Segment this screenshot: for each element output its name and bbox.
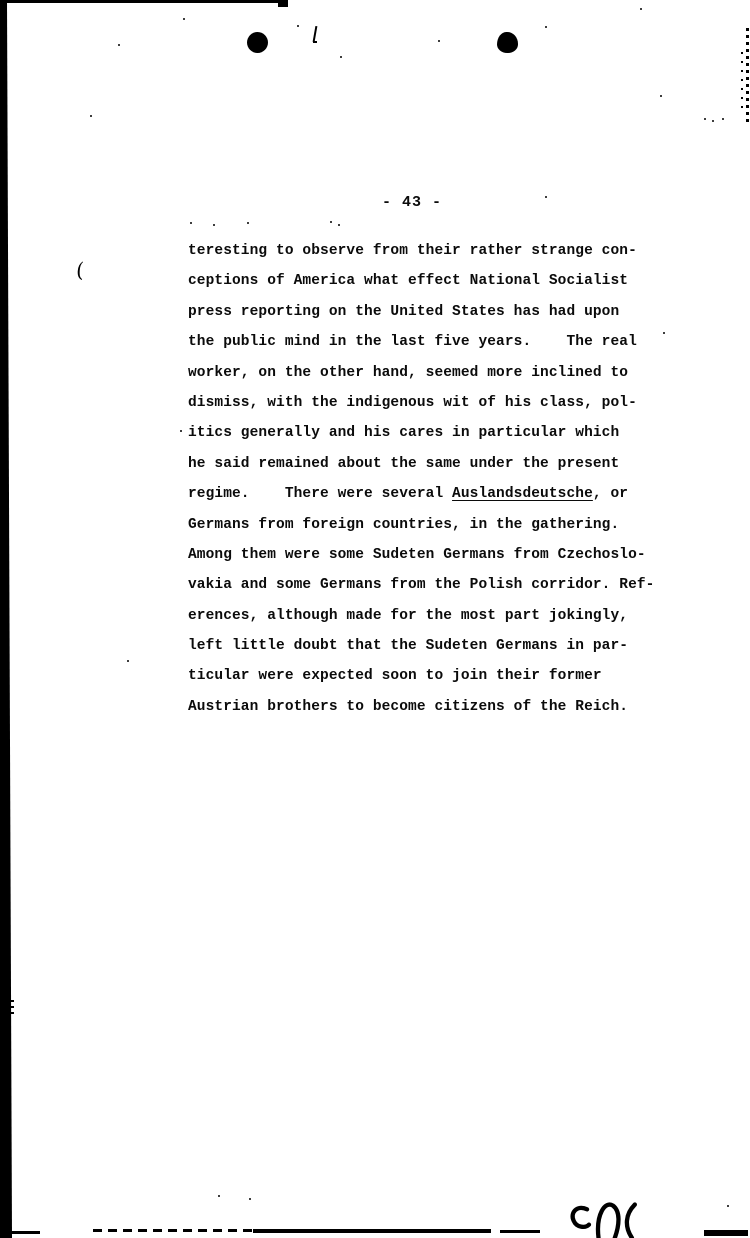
margin-pen-mark: (: [74, 258, 85, 283]
scan-speck: [663, 332, 665, 334]
pen-mark-stroke: [313, 26, 318, 42]
scan-edge-bottom-solid: [253, 1229, 491, 1233]
scan-speck: [640, 8, 642, 10]
typed-line: teresting to observe from their rather s…: [188, 236, 668, 266]
scan-speck: [660, 95, 662, 97]
typed-line: ticular were expected soon to join their…: [188, 661, 668, 691]
scan-speck: [438, 40, 440, 42]
scan-speck: [127, 660, 129, 662]
scan-speck: [218, 1195, 220, 1197]
typed-line: itics generally and his cares in particu…: [188, 418, 668, 448]
scan-speck: [249, 1198, 251, 1200]
scan-speck: [340, 56, 342, 58]
typed-line: dismiss, with the indigenous wit of his …: [188, 388, 668, 418]
typed-line: press reporting on the United States has…: [188, 297, 668, 327]
scan-edge-bottom-left: [8, 1231, 40, 1234]
hole-punch-dot-right: [497, 32, 518, 53]
scan-noise-right-edge-2: [741, 46, 743, 108]
scan-edge-bottom-right: [704, 1230, 748, 1236]
typed-body-text: teresting to observe from their rather s…: [188, 236, 668, 722]
scan-speck: [330, 221, 332, 223]
scan-noise-left-bar: [10, 1000, 14, 1002]
scan-speck: [118, 44, 120, 46]
typed-line: Germans from foreign countries, in the g…: [188, 510, 668, 540]
scan-edge-top-line-end: [278, 0, 288, 7]
typed-line: Among them were some Sudeten Germans fro…: [188, 540, 668, 570]
scan-speck: [297, 25, 299, 27]
typed-line: he said remained about the same under th…: [188, 449, 668, 479]
typed-line: the public mind in the last five years. …: [188, 327, 668, 357]
typed-line: regime. There were several Auslandsdeuts…: [188, 479, 668, 509]
scan-speck: [545, 196, 547, 198]
scan-edge-bottom-dashed: [93, 1229, 255, 1232]
scan-speck: [183, 18, 185, 20]
scan-edge-left-bar: [0, 0, 12, 1238]
scan-noise-right-edge: [746, 28, 749, 122]
handwritten-annotation: [565, 1195, 655, 1238]
typed-line: left little doubt that the Sudeten Germa…: [188, 631, 668, 661]
scan-speck: [190, 222, 192, 224]
scan-speck: [180, 430, 182, 432]
scan-speck: [722, 118, 724, 120]
scan-speck: [247, 222, 249, 224]
scan-speck: [90, 115, 92, 117]
scan-speck: [712, 120, 714, 122]
scan-noise-left-bar: [10, 1006, 14, 1008]
scanned-document-page: ( - 43 - teresting to observe from their…: [0, 0, 750, 1238]
typed-line: Austrian brothers to become citizens of …: [188, 692, 668, 722]
pen-mark-stroke-foot: [313, 41, 317, 43]
typed-line: vakia and some Germans from the Polish c…: [188, 570, 668, 600]
page-number: - 43 -: [382, 194, 442, 211]
scan-speck: [545, 26, 547, 28]
scan-noise-left-bar: [10, 1012, 14, 1014]
scan-edge-bottom-short: [500, 1230, 540, 1233]
scan-speck: [704, 118, 706, 120]
typed-line: worker, on the other hand, seemed more i…: [188, 358, 668, 388]
typed-line: ceptions of America what effect National…: [188, 266, 668, 296]
typed-line: erences, although made for the most part…: [188, 601, 668, 631]
hole-punch-dot-left: [247, 32, 268, 53]
scan-edge-top-line: [0, 0, 280, 3]
scan-speck: [338, 224, 340, 226]
scan-speck: [213, 224, 215, 226]
scan-speck: [727, 1205, 729, 1207]
